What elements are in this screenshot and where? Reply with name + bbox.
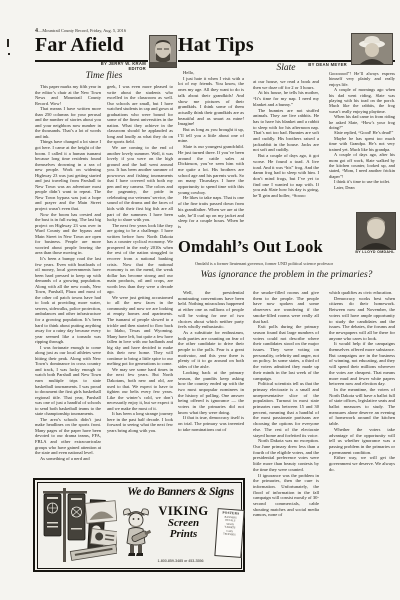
viking-screen-prints-ad: We do Banners & Signs V bbox=[33, 478, 245, 572]
ad-brand-name: VIKING bbox=[154, 505, 214, 518]
omdahl-subhead: Was ignorance the problem in the primari… bbox=[178, 270, 395, 281]
hat-tips-column-3: Gooooood”! He’ll always express himself … bbox=[329, 71, 395, 211]
far-afield-subhead: Time flies bbox=[35, 71, 173, 82]
omdahl-column-3: which qualifies as civic education.Democ… bbox=[329, 290, 395, 575]
flyer-items: BANNERSDECALSSIGNST-SHIRTSCAPSTROPHIES bbox=[216, 515, 242, 537]
ad-poster-flyer: POSTERS BANNERSDECALSSIGNST-SHIRTSCAPSTR… bbox=[214, 508, 244, 558]
omdahl-title: Omdahl’s Out Look bbox=[178, 238, 354, 256]
omdahl-credit-line: Omdahl is a former lieutenant governor, … bbox=[178, 261, 350, 266]
hat-tips-subhead: Slate bbox=[253, 63, 319, 74]
folio-text: —Mountrail County Record, Friday, Aug. 5… bbox=[38, 28, 126, 33]
far-afield-column-2: geek, I was even more pleased to write a… bbox=[107, 84, 173, 476]
ad-phone: 1-800-859-3485 or 453-3556 bbox=[118, 559, 244, 563]
meyer-photo bbox=[351, 33, 393, 65]
kram-photo bbox=[149, 35, 177, 68]
banner-collage-illustration bbox=[41, 486, 117, 566]
ad-brand: VIKING Screen Prints bbox=[154, 505, 214, 541]
omdahl-column-1: Well, the presidential nominating conven… bbox=[178, 290, 244, 474]
kram-portrait-illustration bbox=[150, 36, 176, 67]
hat-tips-column-2: at our house, we read a book and then we… bbox=[253, 79, 319, 238]
ad-headline: We do Banners & Signs bbox=[118, 486, 244, 499]
omdahl-photo bbox=[356, 212, 396, 250]
omdahl-byline: BY LLOYD OMDAHL bbox=[350, 250, 400, 255]
far-afield-title: Far Afield bbox=[35, 34, 155, 56]
hat-tips-column-1: Hello,I just hate it when I visit with a… bbox=[178, 70, 244, 238]
viking-mascot-illustration bbox=[120, 505, 152, 557]
registration-mark bbox=[7, 39, 9, 47]
far-afield-column-1: This paper marks my fifth year in the ed… bbox=[35, 84, 101, 476]
registration-mark bbox=[8, 53, 10, 55]
ad-brand-word-prints: Prints bbox=[154, 529, 214, 541]
meyer-portrait-illustration bbox=[352, 34, 392, 64]
omdahl-column-2: the smoke-filled rooms and give them to … bbox=[253, 290, 319, 575]
ad-inner-border: We do Banners & Signs V bbox=[37, 482, 242, 569]
hat-tips-title: Hat Tips bbox=[178, 34, 298, 56]
newspaper-page: 4—Mountrail County Record, Friday, Aug. … bbox=[0, 0, 400, 600]
omdahl-portrait-illustration bbox=[357, 213, 395, 249]
